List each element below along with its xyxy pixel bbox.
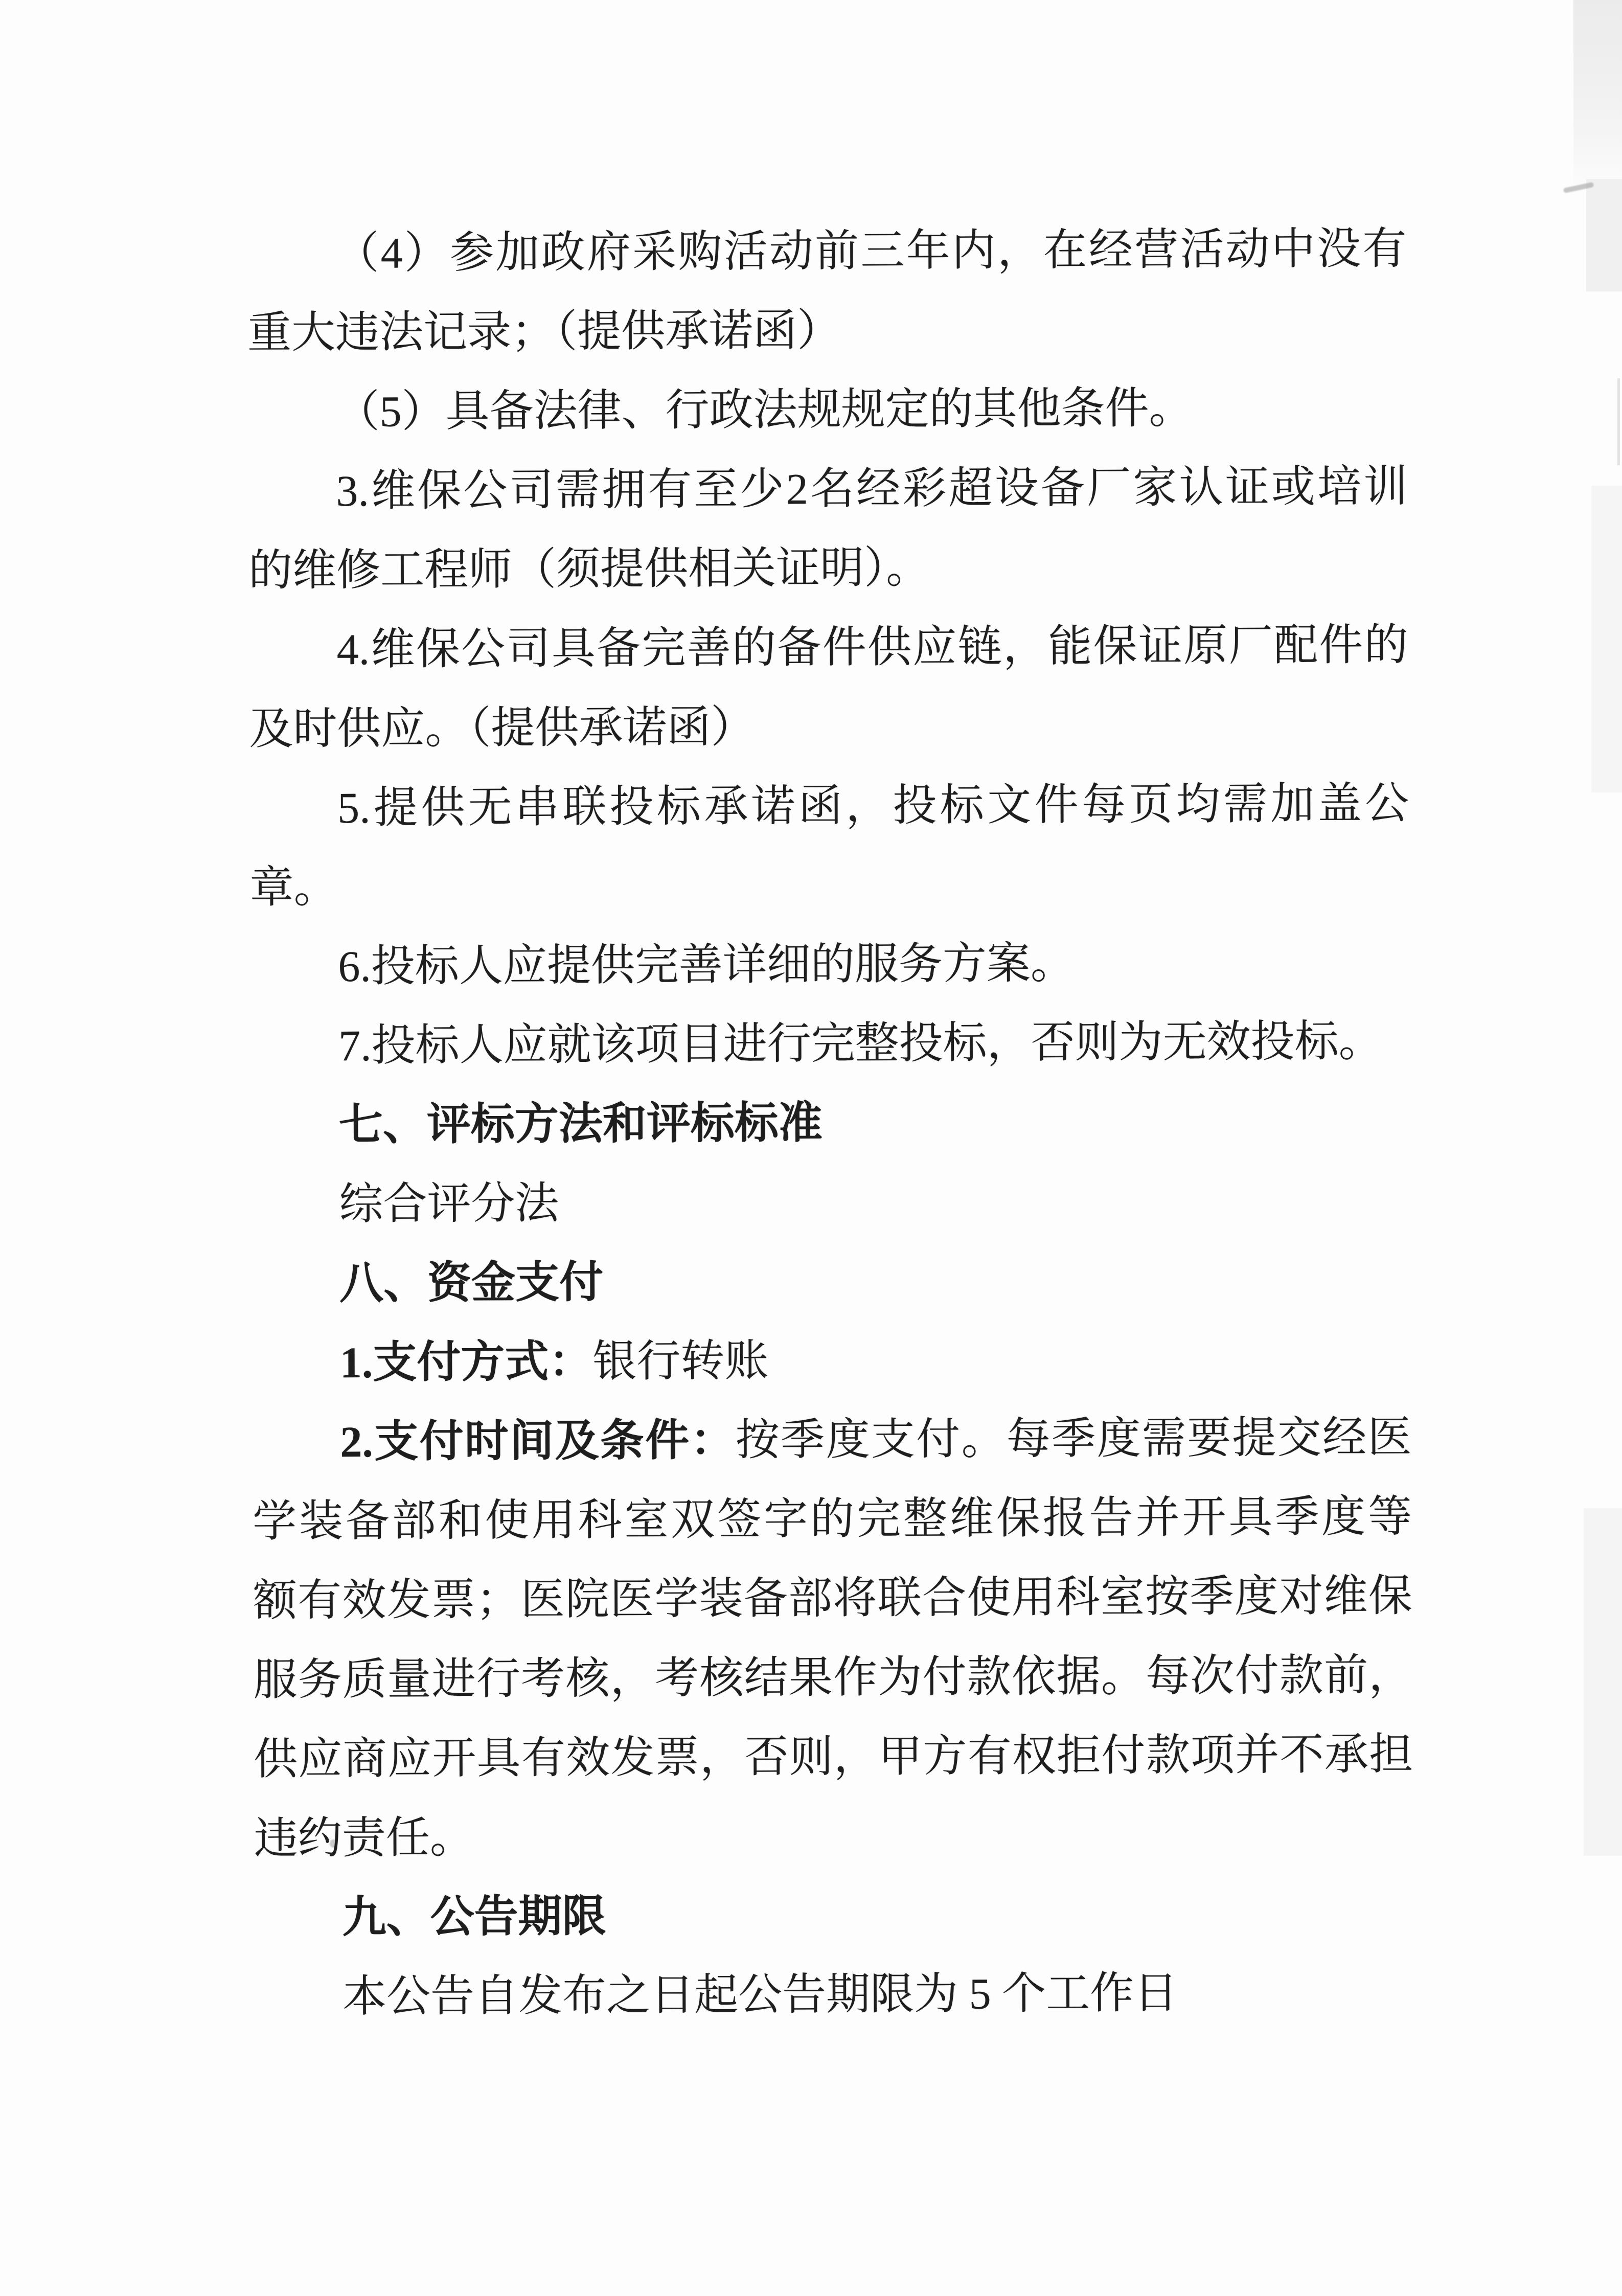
text-line: 学装备部和使用科室双签字的完整维保报告并开具季度等 [253, 1477, 1412, 1561]
text-line: 3.维保公司需拥有至少2名经彩超设备厂家认证或培训 [248, 447, 1408, 531]
text-run: 银行转账 [592, 1336, 768, 1386]
text-line: 供应商应开具有效发票，否则，甲方有权拒付款项并不承担 [254, 1715, 1413, 1799]
text-line: （4）参加政府采购活动前三年内，在经营活动中没有 [247, 209, 1407, 293]
text-run: 按季度支付。每季度需要提交经医 [736, 1413, 1412, 1465]
text-line: 综合评分法 [251, 1160, 1411, 1244]
text-line: 额有效发票；医院医学装备部将联合使用科室按季度对维保 [253, 1556, 1412, 1641]
text-line: 5.提供无串联投标承诺函，投标文件每页均需加盖公 [249, 764, 1409, 848]
text-line: 的维修工程师（须提供相关证明）。 [248, 526, 1408, 610]
text-line: （5）具备法律、行政法规规定的其他条件。 [247, 368, 1407, 452]
text-line: 及时供应。（提供承诺函） [249, 685, 1409, 769]
document-text-block: （4）参加政府采购活动前三年内，在经营活动中没有重大违法记录；（提供承诺函）（5… [247, 209, 1414, 2037]
bold-lead-label: 2.支付时间及条件： [340, 1416, 736, 1466]
scan-artifact-edge-line [1617, 378, 1620, 465]
scan-artifact-lower-right-patch [1584, 1508, 1622, 1856]
text-line: 本公告自发布之日起公告期限为 5 个工作日 [255, 1952, 1414, 2037]
text-line: 6.投标人应提供完善详细的服务方案。 [250, 922, 1410, 1007]
text-line: 1.支付方式：银行转账 [252, 1319, 1411, 1403]
section-heading: 七、评标方法和评标标准 [250, 1081, 1410, 1165]
bold-lead-label: 1.支付方式： [340, 1337, 593, 1387]
text-line: 重大违法记录；（提供承诺函） [247, 288, 1407, 373]
text-line: 4.维保公司具备完善的备件供应链，能保证原厂配件的 [248, 605, 1408, 690]
scan-artifact-pencil-mark [1563, 182, 1594, 193]
text-line: 7.投标人应就该项目进行完整投标，否则为无效投标。 [250, 1002, 1410, 1086]
scan-artifact-top-right [1573, 0, 1622, 184]
text-line: 违约责任。 [254, 1794, 1414, 1878]
section-heading: 九、公告期限 [254, 1873, 1414, 1958]
section-heading: 八、资金支付 [252, 1239, 1411, 1324]
text-line: 2.支付时间及条件：按季度支付。每季度需要提交经医 [252, 1398, 1412, 1482]
text-line: 服务质量进行考核，考核结果作为付款依据。每次付款前， [253, 1635, 1413, 1720]
scan-artifact-right-patch [1591, 486, 1622, 792]
text-line: 章。 [249, 843, 1409, 927]
scan-artifact-right-strip [1586, 179, 1622, 291]
document-page: （4）参加政府采购活动前三年内，在经营活动中没有重大违法记录；（提供承诺函）（5… [0, 0, 1622, 2296]
